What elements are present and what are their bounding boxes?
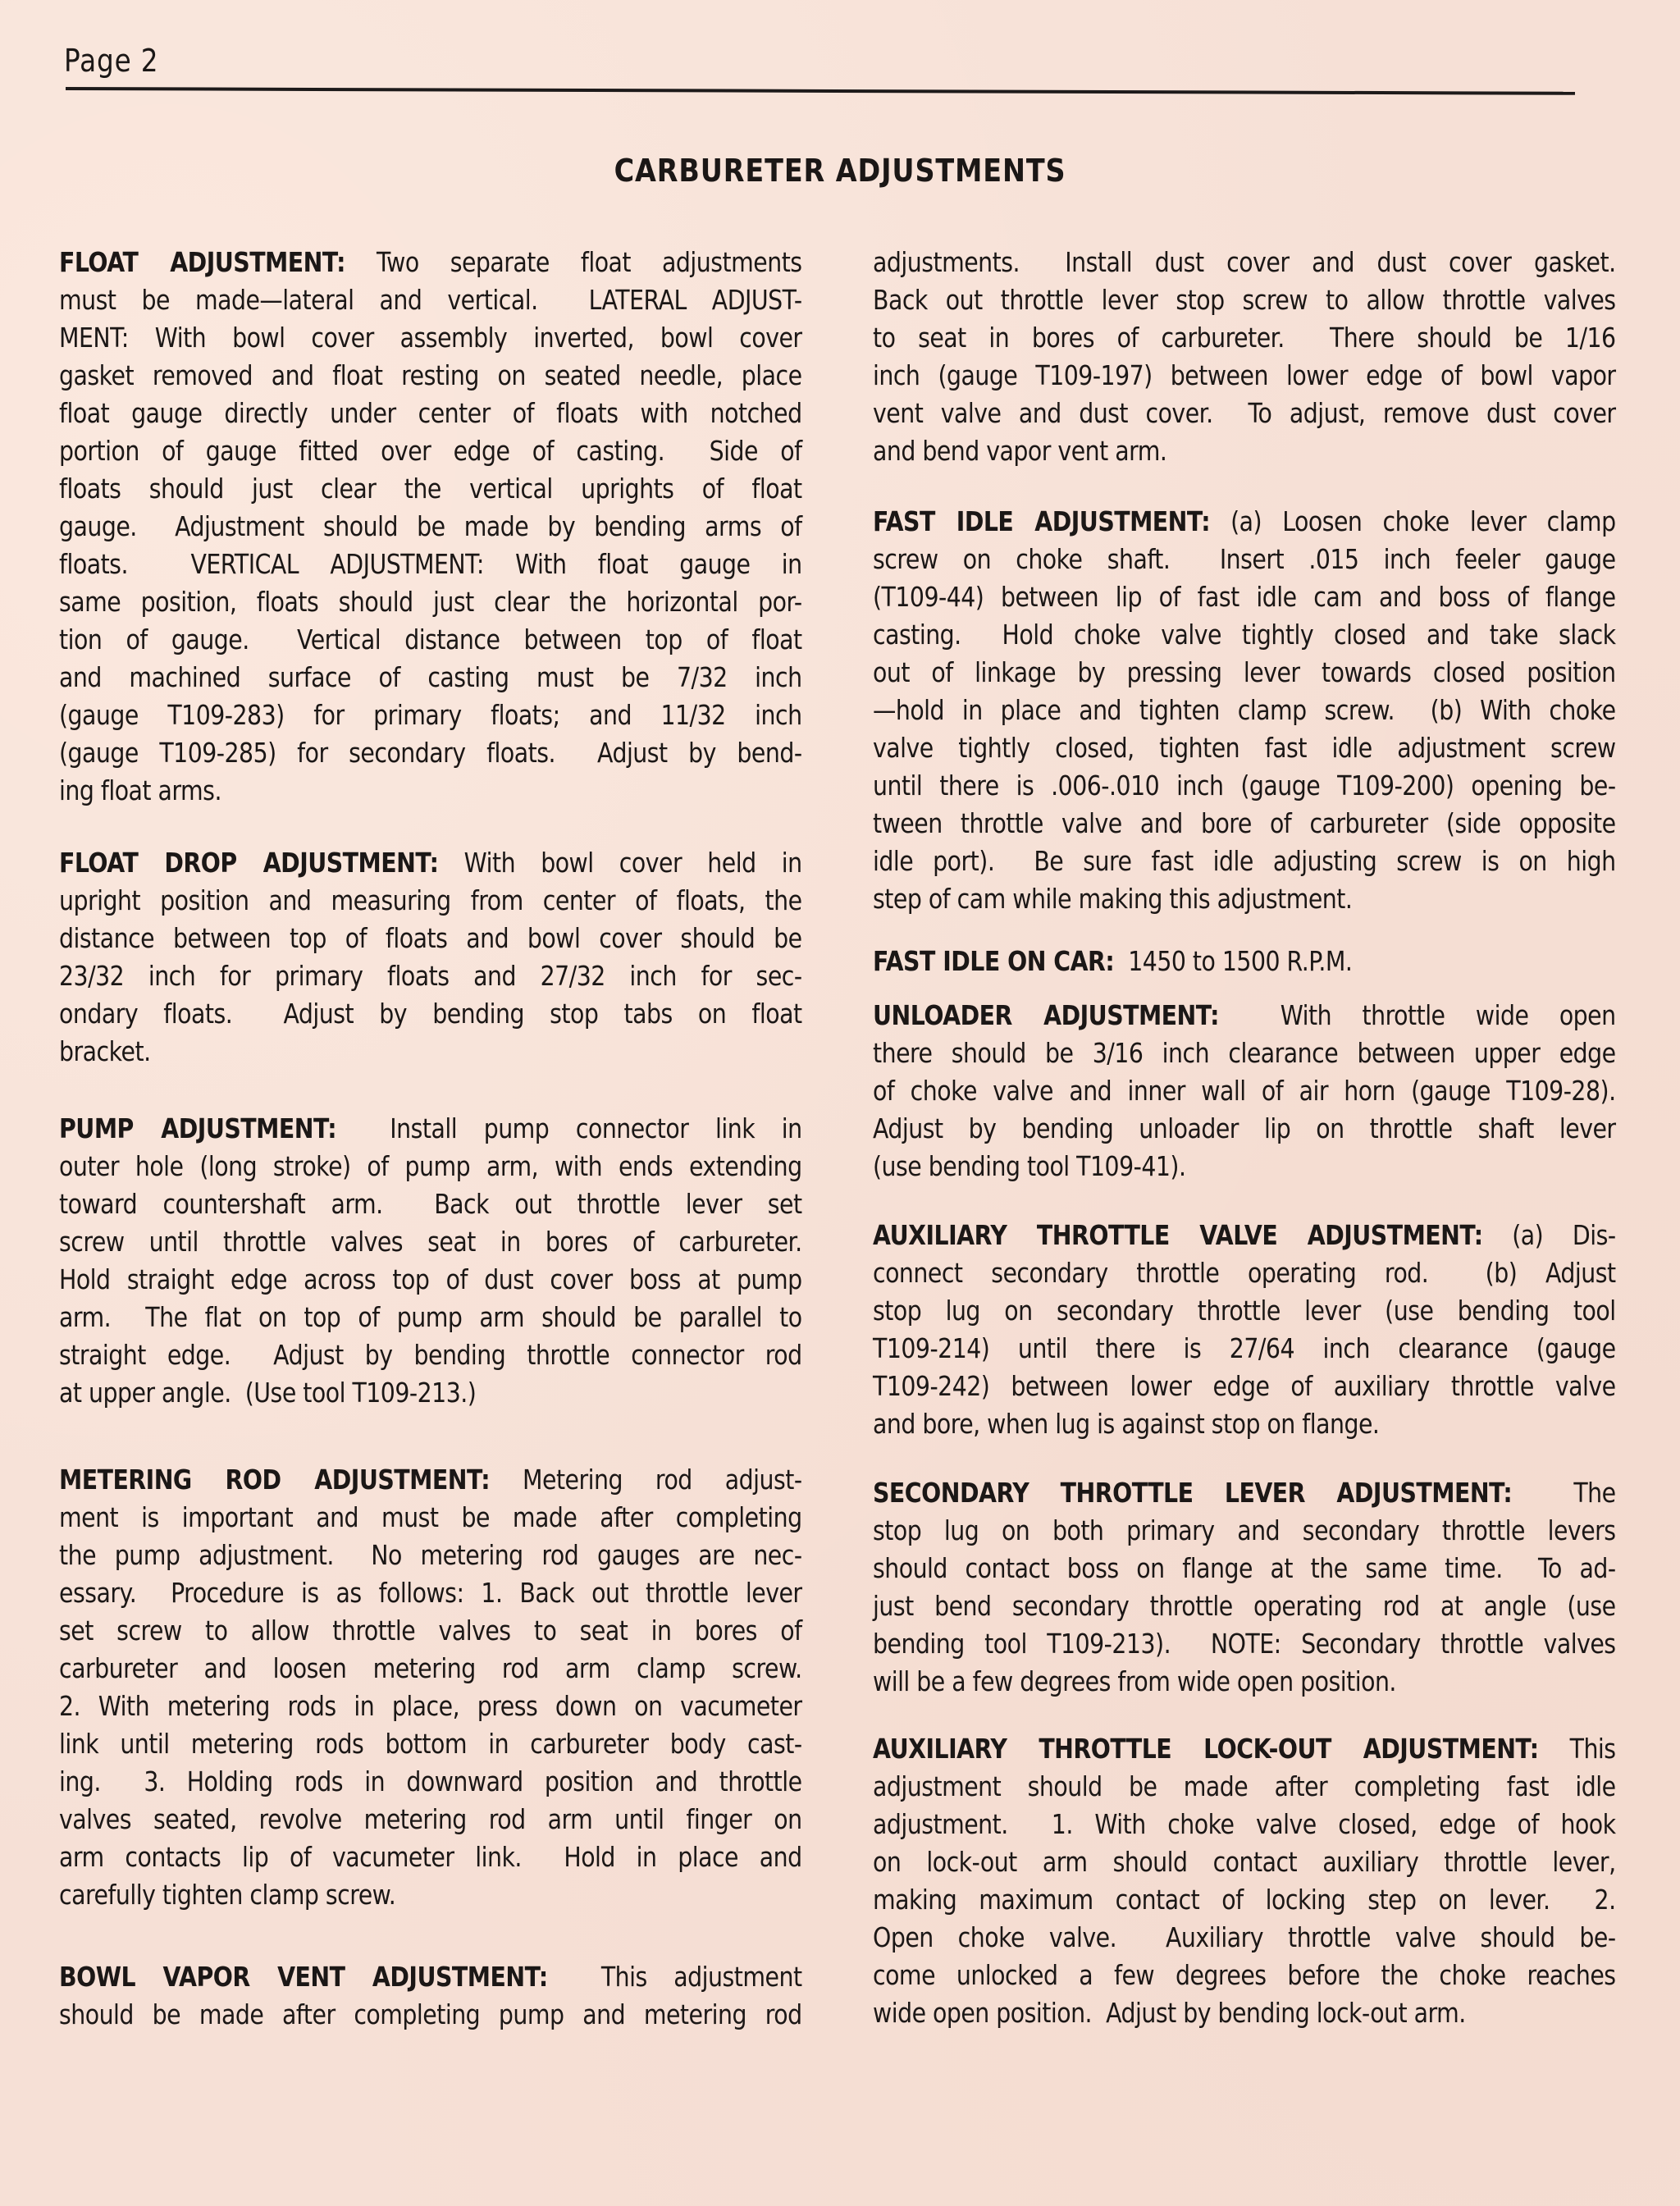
section-heading: FAST IDLE ADJUSTMENT: — [873, 505, 1210, 537]
paragraph-line: outer hole (long stroke) of pump arm, wi… — [59, 1148, 802, 1185]
paragraph-line: essary. Procedure is as follows: 1. Back… — [59, 1574, 802, 1612]
body-text: just bend secondary throttle operating r… — [873, 1590, 1616, 1622]
paragraph-line: toward countershaft arm. Back out thrott… — [59, 1185, 802, 1223]
paragraph-line: carefully tighten clamp screw. — [59, 1876, 802, 1914]
body-text: 1450 to 1500 R.P.M. — [1114, 945, 1352, 977]
section-heading: METERING ROD ADJUSTMENT: — [59, 1464, 490, 1496]
body-text: floats. VERTICAL ADJUSTMENT: With float … — [59, 548, 802, 580]
paragraph-line: adjustment should be made after completi… — [873, 1768, 1616, 1806]
body-text: stop lug on both primary and secondary t… — [873, 1514, 1616, 1546]
section-float-adjustment: FLOAT ADJUSTMENT: Two separate float adj… — [59, 244, 802, 810]
body-text: Two separate float adjustments — [345, 246, 802, 278]
paragraph-line: MENT: With bowl cover assembly inverted,… — [59, 319, 802, 357]
body-text: out of linkage by pressing lever towards… — [873, 656, 1616, 688]
body-text: upright position and measuring from cent… — [59, 884, 802, 916]
body-text: This — [1539, 1733, 1616, 1765]
body-text: adjustment. 1. With choke valve closed, … — [873, 1808, 1616, 1840]
body-text: adjustments. Install dust cover and dust… — [873, 246, 1616, 278]
body-text: (gauge T109-285) for secondary floats. A… — [59, 737, 802, 769]
paragraph-line: arm. The flat on top of pump arm should … — [59, 1299, 802, 1336]
paragraph-line: 2. With metering rods in place, press do… — [59, 1688, 802, 1725]
body-text: valve tightly closed, tighten fast idle … — [873, 732, 1616, 764]
page-title: CARBURETER ADJUSTMENTS — [0, 153, 1680, 189]
body-text: there should be 3/16 inch clearance betw… — [873, 1037, 1616, 1069]
body-text: (a) Loosen choke lever clamp — [1210, 505, 1616, 537]
body-text: Metering rod adjust- — [490, 1464, 801, 1496]
body-text: same position, floats should just clear … — [59, 586, 802, 618]
body-text: stop lug on secondary throttle lever (us… — [873, 1295, 1616, 1327]
body-text: connect secondary throttle operating rod… — [873, 1257, 1616, 1289]
section-first-line: FAST IDLE ON CAR: 1450 to 1500 R.P.M. — [873, 943, 1616, 980]
body-text: screw on choke shaft. Insert .015 inch f… — [873, 543, 1616, 575]
body-text: step of cam while making this adjustment… — [873, 883, 1352, 915]
paragraph-line: straight edge. Adjust by bending throttl… — [59, 1336, 802, 1374]
body-text: to seat in bores of carbureter. There sh… — [873, 322, 1616, 354]
paragraph-line: stop lug on both primary and secondary t… — [873, 1512, 1616, 1550]
paragraph-line: inch (gauge T109-197) between lower edge… — [873, 357, 1616, 395]
paragraph-line: and machined surface of casting must be … — [59, 659, 802, 697]
section-heading: SECONDARY THROTTLE LEVER ADJUSTMENT: — [873, 1477, 1512, 1509]
body-text: Adjust by bending unloader lip on thrott… — [873, 1112, 1616, 1144]
paragraph-line: (T109-44) between lip of fast idle cam a… — [873, 578, 1616, 616]
paragraph-line: just bend secondary throttle operating r… — [873, 1587, 1616, 1625]
paragraph-line: until there is .006-.010 inch (gauge T10… — [873, 767, 1616, 805]
paragraph-line: upright position and measuring from cent… — [59, 882, 802, 920]
paragraph-line: (gauge T109-283) for primary floats; and… — [59, 697, 802, 734]
section-heading: FAST IDLE ON CAR: — [873, 945, 1114, 977]
paragraph-line: and bend vapor vent arm. — [873, 432, 1616, 470]
body-text: 2. With metering rods in place, press do… — [59, 1690, 802, 1722]
section-first-line: AUXILIARY THROTTLE VALVE ADJUSTMENT: (a)… — [873, 1217, 1616, 1254]
paragraph-line: distance between top of floats and bowl … — [59, 920, 802, 957]
paragraph-line: float gauge directly under center of flo… — [59, 395, 802, 432]
body-text: (a) Dis- — [1483, 1219, 1616, 1251]
body-text: tween throttle valve and bore of carbure… — [873, 807, 1616, 839]
body-text: With throttle wide open — [1219, 999, 1616, 1031]
body-text: With bowl cover held in — [438, 847, 801, 879]
paragraph-line: same position, floats should just clear … — [59, 583, 802, 621]
paragraph-line: ondary floats. Adjust by bending stop ta… — [59, 995, 802, 1033]
paragraph-line: at upper angle. (Use tool T109-213.) — [59, 1374, 802, 1412]
body-text: Install pump connector link in — [336, 1112, 802, 1144]
paragraph-line: 23/32 inch for primary floats and 27/32 … — [59, 957, 802, 995]
body-text: ing float arms. — [59, 774, 221, 806]
body-text: (gauge T109-283) for primary floats; and… — [59, 699, 802, 731]
paragraph-line: Back out throttle lever stop screw to al… — [873, 281, 1616, 319]
paragraph-line: come unlocked a few degrees before the c… — [873, 1957, 1616, 1994]
body-text: straight edge. Adjust by bending throttl… — [59, 1339, 802, 1371]
section-first-line: UNLOADER ADJUSTMENT: With throttle wide … — [873, 997, 1616, 1034]
section-unloader-adjustment: UNLOADER ADJUSTMENT: With throttle wide … — [873, 997, 1616, 1185]
paragraph-line: floats should just clear the vertical up… — [59, 470, 802, 508]
paragraph-line: set screw to allow throttle valves to se… — [59, 1612, 802, 1650]
section-bowl-vapor-vent-adjustment: BOWL VAPOR VENT ADJUSTMENT: This adjustm… — [59, 1958, 802, 2034]
body-text: until there is .006-.010 inch (gauge T10… — [873, 770, 1616, 802]
section-fast-idle-adjustment: FAST IDLE ADJUSTMENT: (a) Loosen choke l… — [873, 503, 1616, 918]
body-text: Hold straight edge across top of dust co… — [59, 1263, 802, 1295]
paragraph-line: (use bending tool T109-41). — [873, 1148, 1616, 1185]
body-text: tion of gauge. Vertical distance between… — [59, 623, 802, 655]
body-text: 23/32 inch for primary floats and 27/32 … — [59, 960, 802, 992]
body-text: float gauge directly under center of flo… — [59, 397, 802, 429]
paragraph-line: ing float arms. — [59, 772, 802, 810]
paragraph-line: must be made—lateral and vertical. LATER… — [59, 281, 802, 319]
body-text: T109-214) until there is 27/64 inch clea… — [873, 1332, 1616, 1364]
body-text: set screw to allow throttle valves to se… — [59, 1615, 802, 1647]
paragraph-line: to seat in bores of carbureter. There sh… — [873, 319, 1616, 357]
page-title-text: CARBURETER ADJUSTMENTS — [614, 153, 1066, 189]
section-auxiliary-throttle-lock-out-adjustment: AUXILIARY THROTTLE LOCK-OUT ADJUSTMENT: … — [873, 1730, 1616, 2032]
paragraph-line: there should be 3/16 inch clearance betw… — [873, 1034, 1616, 1072]
paragraph-line: step of cam while making this adjustment… — [873, 880, 1616, 918]
header-rule — [66, 87, 1575, 95]
paragraph-line: (gauge T109-285) for secondary floats. A… — [59, 734, 802, 772]
body-text: arm. The flat on top of pump arm should … — [59, 1301, 802, 1333]
paragraph-line: screw on choke shaft. Insert .015 inch f… — [873, 541, 1616, 578]
body-text: bracket. — [59, 1035, 151, 1067]
body-text: Open choke valve. Auxiliary throttle val… — [873, 1921, 1616, 1953]
paragraph-line: Adjust by bending unloader lip on thrott… — [873, 1110, 1616, 1148]
section-heading: FLOAT DROP ADJUSTMENT: — [59, 847, 438, 879]
section-first-line: FLOAT DROP ADJUSTMENT: With bowl cover h… — [59, 844, 802, 882]
paragraph-line: bracket. — [59, 1033, 802, 1071]
body-text: arm contacts lip of vacumeter link. Hold… — [59, 1841, 802, 1873]
body-text: (use bending tool T109-41). — [873, 1150, 1185, 1182]
body-text: should contact boss on flange at the sam… — [873, 1552, 1616, 1584]
section-fast-idle-on-car: FAST IDLE ON CAR: 1450 to 1500 R.P.M. — [873, 943, 1616, 980]
section-auxiliary-throttle-valve-adjustment: AUXILIARY THROTTLE VALVE ADJUSTMENT: (a)… — [873, 1217, 1616, 1443]
body-text: carefully tighten clamp screw. — [59, 1879, 395, 1911]
paragraph-line: idle port). Be sure fast idle adjusting … — [873, 843, 1616, 880]
section-first-line: PUMP ADJUSTMENT: Install pump connector … — [59, 1110, 802, 1148]
body-text: ing. 3. Holding rods in downward positio… — [59, 1765, 802, 1797]
section-first-line: AUXILIARY THROTTLE LOCK-OUT ADJUSTMENT: … — [873, 1730, 1616, 1768]
body-text: floats should just clear the vertical up… — [59, 473, 802, 505]
body-text: The — [1512, 1477, 1615, 1509]
body-text: making maximum contact of locking step o… — [873, 1884, 1616, 1916]
paragraph-line: out of linkage by pressing lever towards… — [873, 654, 1616, 692]
body-text: MENT: With bowl cover assembly inverted,… — [59, 322, 802, 354]
paragraph-line: vent valve and dust cover. To adjust, re… — [873, 395, 1616, 432]
paragraph-line: the pump adjustment. No metering rod gau… — [59, 1537, 802, 1574]
body-text: and machined surface of casting must be … — [59, 661, 802, 693]
section-heading: FLOAT ADJUSTMENT: — [59, 246, 345, 278]
body-text: inch (gauge T109-197) between lower edge… — [873, 359, 1616, 391]
section-first-line: FAST IDLE ADJUSTMENT: (a) Loosen choke l… — [873, 503, 1616, 541]
section-first-line: FLOAT ADJUSTMENT: Two separate float adj… — [59, 244, 802, 281]
body-text: casting. Hold choke valve tightly closed… — [873, 619, 1616, 651]
paragraph-line: floats. VERTICAL ADJUSTMENT: With float … — [59, 546, 802, 583]
body-text: and bend vapor vent arm. — [873, 435, 1166, 467]
paragraph-line: valve tightly closed, tighten fast idle … — [873, 729, 1616, 767]
body-text: ment is important and must be made after… — [59, 1501, 802, 1533]
paragraph-line: making maximum contact of locking step o… — [873, 1881, 1616, 1919]
section-float-drop-adjustment: FLOAT DROP ADJUSTMENT: With bowl cover h… — [59, 844, 802, 1071]
body-text: bending tool T109-213). NOTE: Secondary … — [873, 1628, 1616, 1660]
body-text: the pump adjustment. No metering rod gau… — [59, 1539, 802, 1571]
body-text: This adjustment — [548, 1961, 802, 1993]
paragraph-line: valves seated, revolve metering rod arm … — [59, 1801, 802, 1838]
section-first-line: BOWL VAPOR VENT ADJUSTMENT: This adjustm… — [59, 1958, 802, 1996]
paragraph-line: Open choke valve. Auxiliary throttle val… — [873, 1919, 1616, 1957]
paragraph-line: should contact boss on flange at the sam… — [873, 1550, 1616, 1587]
paragraph-line: connect secondary throttle operating rod… — [873, 1254, 1616, 1292]
section-heading: PUMP ADJUSTMENT: — [59, 1112, 336, 1144]
body-text: (T109-44) between lip of fast idle cam a… — [873, 581, 1616, 613]
paragraph-line: and bore, when lug is against stop on fl… — [873, 1405, 1616, 1443]
paragraph-line: gasket removed and float resting on seat… — [59, 357, 802, 395]
section-secondary-throttle-lever-adjustment: SECONDARY THROTTLE LEVER ADJUSTMENT: The… — [873, 1474, 1616, 1701]
body-text: of choke valve and inner wall of air hor… — [873, 1075, 1616, 1107]
paragraph-line: on lock-out arm should contact auxiliary… — [873, 1843, 1616, 1881]
body-text: link until metering rods bottom in carbu… — [59, 1728, 802, 1760]
paragraph-line: T109-214) until there is 27/64 inch clea… — [873, 1330, 1616, 1368]
paragraph-line: arm contacts lip of vacumeter link. Hold… — [59, 1838, 802, 1876]
body-text: distance between top of floats and bowl … — [59, 922, 802, 954]
paragraph-line: tion of gauge. Vertical distance between… — [59, 621, 802, 659]
body-text: gasket removed and float resting on seat… — [59, 359, 802, 391]
body-text: come unlocked a few degrees before the c… — [873, 1959, 1616, 1991]
paragraph-line: screw until throttle valves seat in bore… — [59, 1223, 802, 1261]
body-text: essary. Procedure is as follows: 1. Back… — [59, 1577, 802, 1609]
paragraph-line: Hold straight edge across top of dust co… — [59, 1261, 802, 1299]
body-text: adjustment should be made after completi… — [873, 1770, 1616, 1802]
body-text: —hold in place and tighten clamp screw. … — [873, 694, 1616, 726]
body-text: carbureter and loosen metering rod arm c… — [59, 1652, 802, 1684]
body-text: will be a few degrees from wide open pos… — [873, 1665, 1396, 1697]
body-text: on lock-out arm should contact auxiliary… — [873, 1846, 1616, 1878]
paragraph-line: gauge. Adjustment should be made by bend… — [59, 508, 802, 546]
body-text: vent valve and dust cover. To adjust, re… — [873, 397, 1616, 429]
section-metering-rod-adjustment: METERING ROD ADJUSTMENT: Metering rod ad… — [59, 1461, 802, 1914]
paragraph-line: bending tool T109-213). NOTE: Secondary … — [873, 1625, 1616, 1663]
section-first-line: METERING ROD ADJUSTMENT: Metering rod ad… — [59, 1461, 802, 1499]
paragraph-line: T109-242) between lower edge of auxiliar… — [873, 1368, 1616, 1405]
body-text: outer hole (long stroke) of pump arm, wi… — [59, 1150, 802, 1182]
paragraph-line: should be made after completing pump and… — [59, 1996, 802, 2034]
paragraph-line: ment is important and must be made after… — [59, 1499, 802, 1537]
body-text: screw until throttle valves seat in bore… — [59, 1226, 802, 1258]
paragraph-line: will be a few degrees from wide open pos… — [873, 1663, 1616, 1701]
body-text: gauge. Adjustment should be made by bend… — [59, 510, 802, 542]
paragraph-line: carbureter and loosen metering rod arm c… — [59, 1650, 802, 1688]
paragraph-line: —hold in place and tighten clamp screw. … — [873, 692, 1616, 729]
paragraph-line: wide open position. Adjust by bending lo… — [873, 1994, 1616, 2032]
body-text: Back out throttle lever stop screw to al… — [873, 284, 1616, 316]
section-first-line: SECONDARY THROTTLE LEVER ADJUSTMENT: The — [873, 1474, 1616, 1512]
section-heading: UNLOADER ADJUSTMENT: — [873, 999, 1219, 1031]
body-text: ondary floats. Adjust by bending stop ta… — [59, 998, 802, 1030]
paragraph-line: link until metering rods bottom in carbu… — [59, 1725, 802, 1763]
body-text: should be made after completing pump and… — [59, 1998, 802, 2030]
body-text: must be made—lateral and vertical. LATER… — [59, 284, 802, 316]
body-text: T109-242) between lower edge of auxiliar… — [873, 1370, 1616, 1402]
paragraph-line: adjustments. Install dust cover and dust… — [873, 244, 1616, 281]
paragraph-line: ing. 3. Holding rods in downward positio… — [59, 1763, 802, 1801]
paragraph-line: portion of gauge fitted over edge of cas… — [59, 432, 802, 470]
section-heading: BOWL VAPOR VENT ADJUSTMENT: — [59, 1961, 548, 1993]
section-heading: AUXILIARY THROTTLE LOCK-OUT ADJUSTMENT: — [873, 1733, 1539, 1765]
page-number: Page 2 — [64, 43, 158, 79]
body-text: valves seated, revolve metering rod arm … — [59, 1803, 802, 1835]
paragraph-line: tween throttle valve and bore of carbure… — [873, 805, 1616, 843]
body-text: and bore, when lug is against stop on fl… — [873, 1408, 1379, 1440]
paragraph-line: of choke valve and inner wall of air hor… — [873, 1072, 1616, 1110]
paragraph-line: stop lug on secondary throttle lever (us… — [873, 1292, 1616, 1330]
body-text: toward countershaft arm. Back out thrott… — [59, 1188, 802, 1220]
section-pump-adjustment: PUMP ADJUSTMENT: Install pump connector … — [59, 1110, 802, 1412]
body-text: wide open position. Adjust by bending lo… — [873, 1997, 1466, 2029]
section-bowl-vapor-vent-continued: adjustments. Install dust cover and dust… — [873, 244, 1616, 470]
body-text: idle port). Be sure fast idle adjusting … — [873, 845, 1616, 877]
paragraph-line: casting. Hold choke valve tightly closed… — [873, 616, 1616, 654]
body-text: at upper angle. (Use tool T109-213.) — [59, 1377, 476, 1409]
paragraph-line: adjustment. 1. With choke valve closed, … — [873, 1806, 1616, 1843]
section-heading: AUXILIARY THROTTLE VALVE ADJUSTMENT: — [873, 1219, 1483, 1251]
body-text: portion of gauge fitted over edge of cas… — [59, 435, 802, 467]
